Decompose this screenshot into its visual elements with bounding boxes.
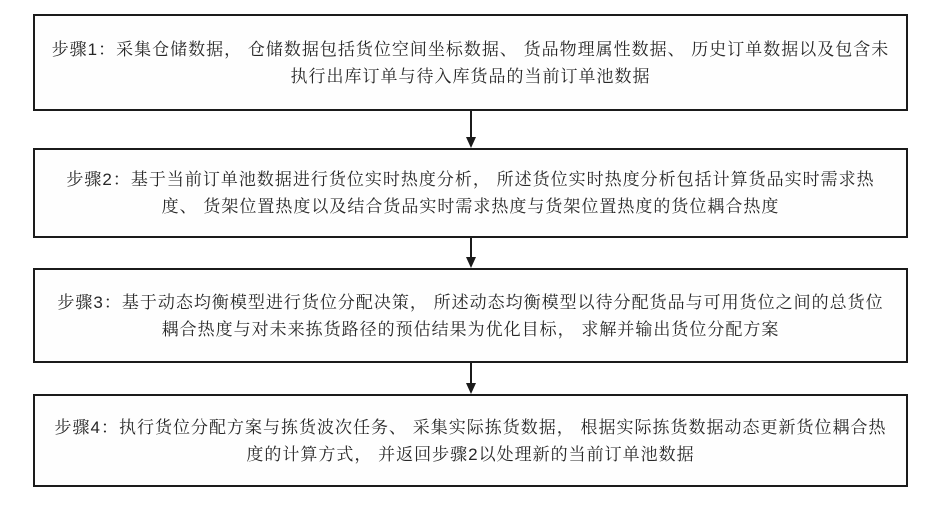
arrow-down-1	[33, 111, 908, 148]
step-box-2: 步骤2：基于当前订单池数据进行货位实时热度分析， 所述货位实时热度分析包括计算货…	[33, 148, 908, 238]
arrow-head-icon	[466, 383, 476, 394]
arrow-shaft	[470, 363, 472, 383]
flowchart-figure: 步骤1：采集仓储数据， 仓储数据包括货位空间坐标数据、 货品物理属性数据、 历史…	[0, 0, 925, 520]
step-2-text: 步骤2：基于当前订单池数据进行货位实时热度分析， 所述货位实时热度分析包括计算货…	[54, 166, 886, 220]
arrow-shaft	[470, 238, 472, 257]
step-box-4: 步骤4：执行货位分配方案与拣货波次任务、 采集实际拣货数据， 根据实际拣货数据动…	[33, 394, 908, 487]
arrow-down-3	[33, 363, 908, 394]
arrow-shaft	[470, 111, 472, 137]
step-box-1: 步骤1：采集仓储数据， 仓储数据包括货位空间坐标数据、 货品物理属性数据、 历史…	[33, 14, 908, 111]
arrow-head-icon	[466, 137, 476, 148]
step-box-3: 步骤3：基于动态均衡模型进行货位分配决策， 所述动态均衡模型以待分配货品与可用货…	[33, 268, 908, 363]
step-1-text: 步骤1：采集仓储数据， 仓储数据包括货位空间坐标数据、 货品物理属性数据、 历史…	[40, 36, 902, 90]
arrow-down-2	[33, 238, 908, 268]
arrow-head-icon	[466, 257, 476, 268]
step-4-text: 步骤4：执行货位分配方案与拣货波次任务、 采集实际拣货数据， 根据实际拣货数据动…	[43, 414, 899, 468]
step-3-text: 步骤3：基于动态均衡模型进行货位分配决策， 所述动态均衡模型以待分配货品与可用货…	[45, 289, 895, 343]
